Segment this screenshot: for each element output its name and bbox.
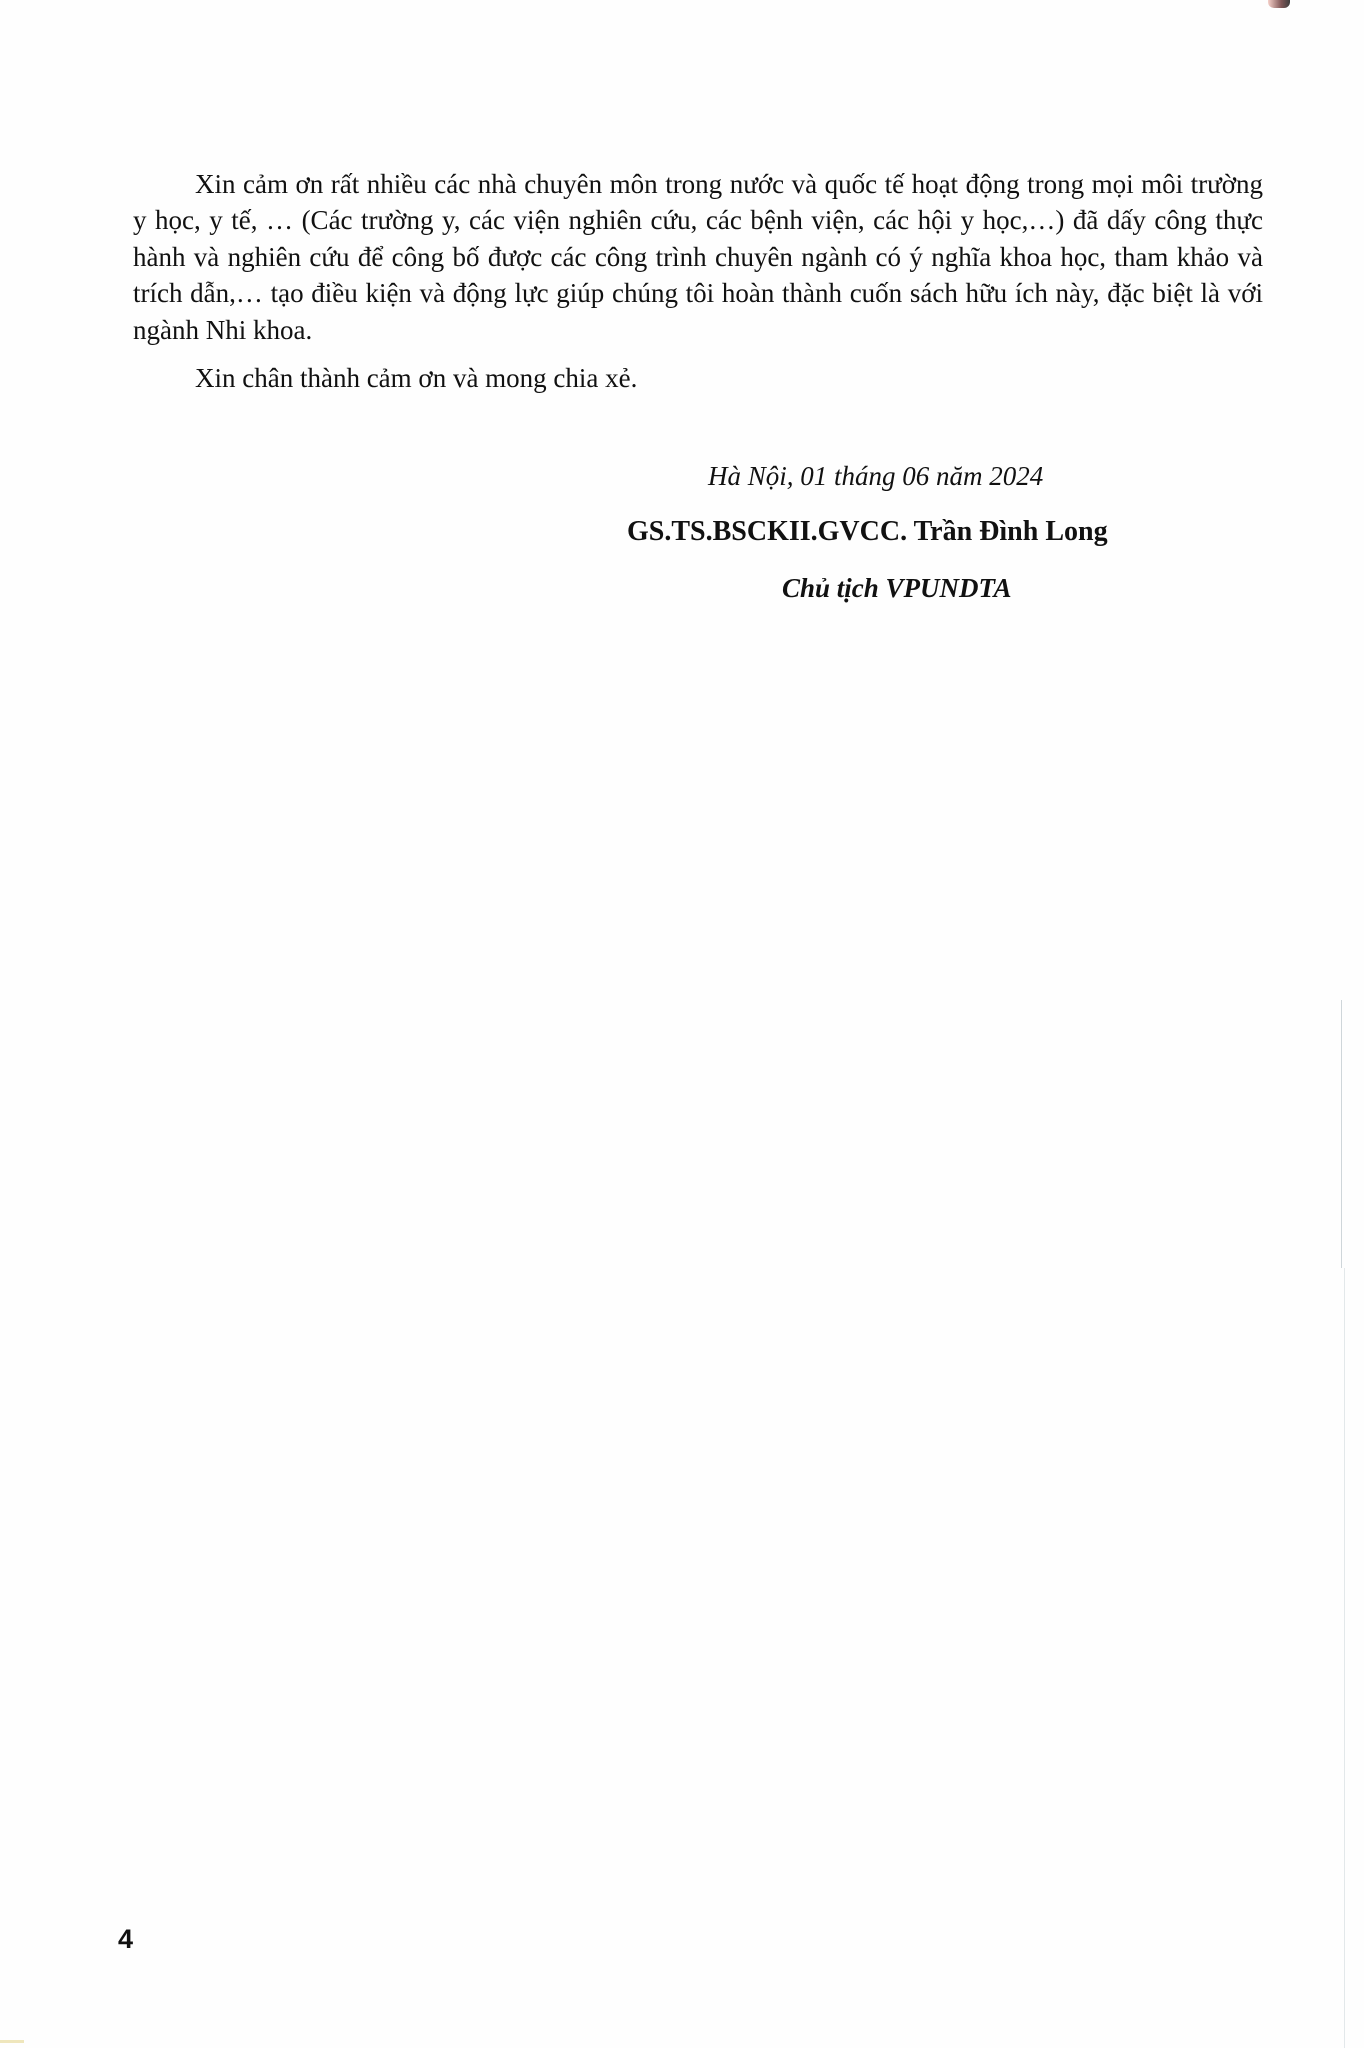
author-title: Chủ tịch VPUNDTA <box>782 570 1012 606</box>
closing-paragraph: Xin chân thành cảm ơn và mong chia xẻ. <box>133 360 1263 396</box>
scan-artifact <box>1268 0 1290 8</box>
author-name: GS.TS.BSCKII.GVCC. Trần Đình Long <box>627 514 1108 550</box>
acknowledgement-paragraph: Xin cảm ơn rất nhiều các nhà chuyên môn … <box>133 166 1263 348</box>
page-edge-line <box>1344 1268 1345 2048</box>
document-page: Xin cảm ơn rất nhiều các nhà chuyên môn … <box>0 0 1364 2048</box>
page-number: 4 <box>118 1924 133 1954</box>
scan-artifact <box>0 2040 24 2043</box>
page-edge-line <box>1341 1000 1342 1268</box>
place-date: Hà Nội, 01 tháng 06 năm 2024 <box>708 458 1043 494</box>
body-text: Xin cảm ơn rất nhiều các nhà chuyên môn … <box>133 166 1263 396</box>
